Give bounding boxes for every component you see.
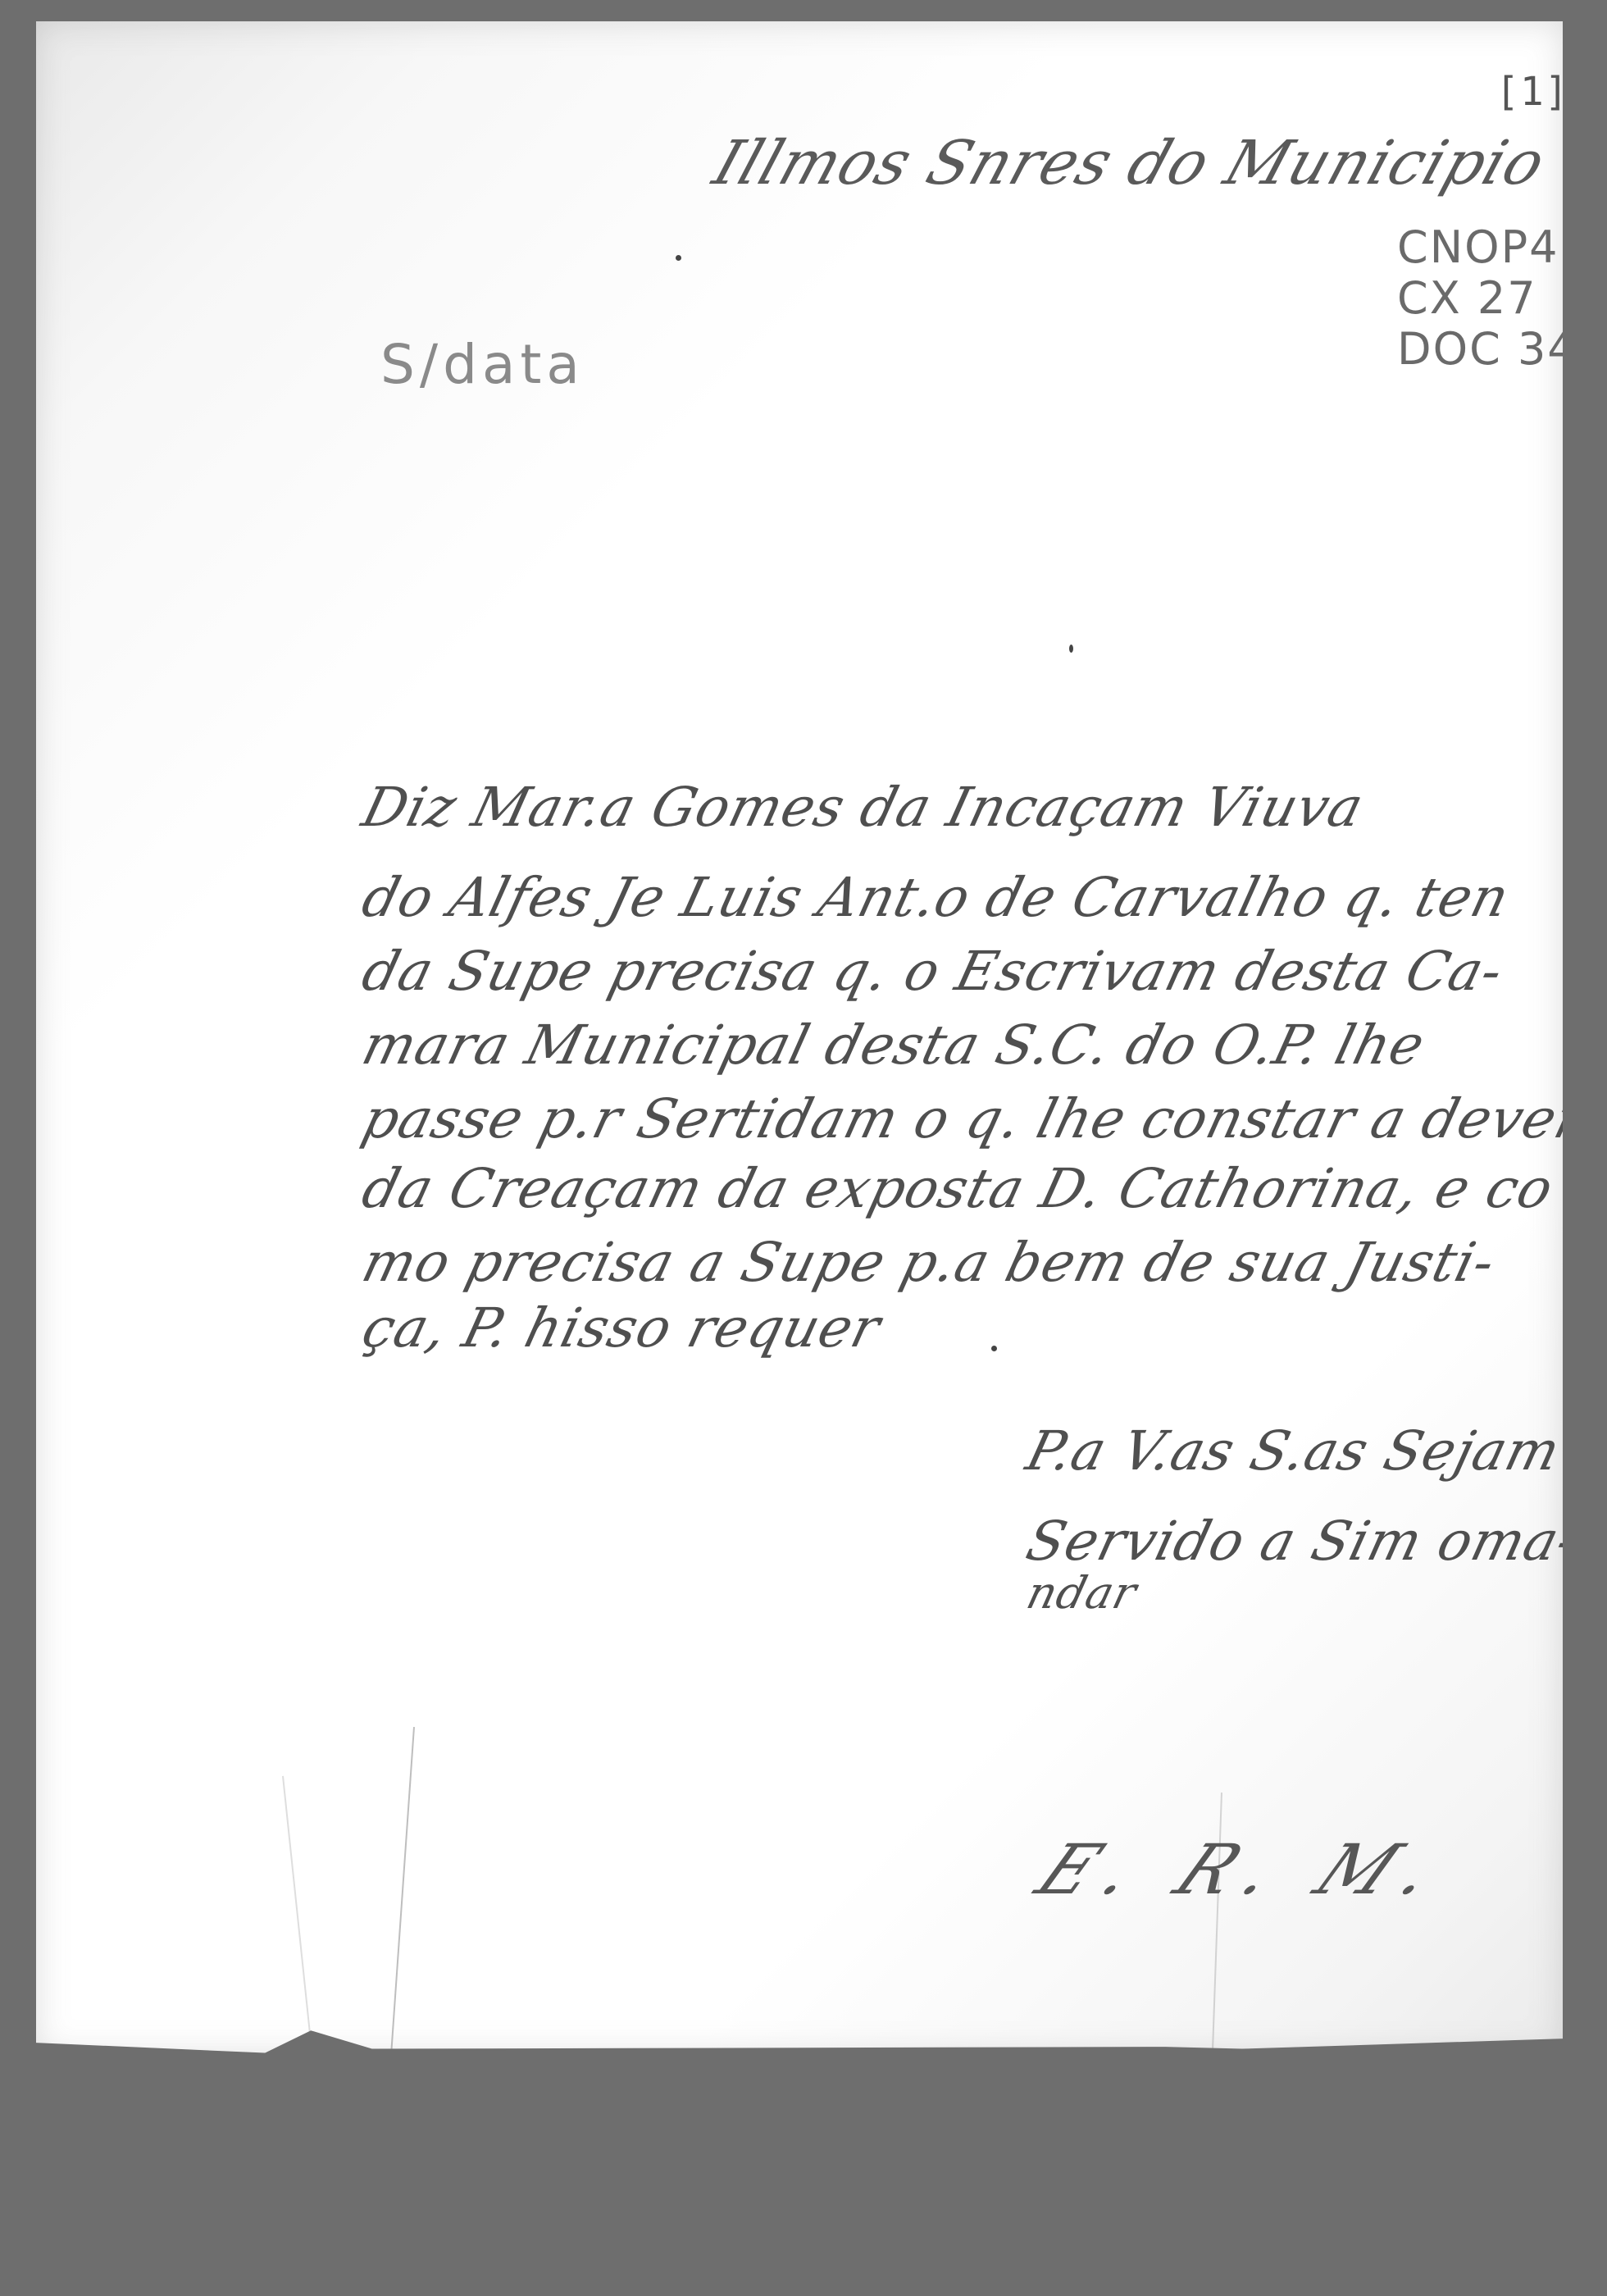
undated-pencil-note: S/data <box>380 333 585 396</box>
archive-ref-fund: CNOP4 <box>1397 222 1577 273</box>
closing-line: P.a V.as S.as Sejam <box>1020 1419 1567 1483</box>
archive-ref-box: CX 27 <box>1397 273 1577 324</box>
body-line: ça, P. hisso requer <box>356 1296 887 1360</box>
body-line: da Creaçam da exposta D. Cathorina, e co <box>356 1157 1559 1220</box>
closing-line: Servido a Sim oma- <box>1020 1510 1585 1573</box>
ink-spot <box>676 255 681 261</box>
salutation-heading: Illmos Snres do Municipio <box>705 128 1555 198</box>
body-line: passe p.r Sertidam o q. lhe constar a de… <box>356 1087 1591 1150</box>
body-line: mara Municipal desta S.C. do O.P. lhe <box>356 1014 1431 1077</box>
body-line: mo precisa a Supe p.a bem de sua Justi- <box>356 1231 1501 1294</box>
page-number-stamp: [1] <box>1495 69 1569 115</box>
signature: E. R. M. <box>1023 1829 1466 1910</box>
body-line: do Alfes Je Luis Ant.o de Carvalho q. te… <box>356 866 1515 929</box>
ink-spot <box>1069 645 1073 653</box>
paper-crease <box>282 1776 315 2070</box>
archive-reference: CNOP4 CX 27 DOC 34 <box>1397 222 1577 375</box>
body-line: Diz Mar.a Gomes da Incaçam Viuva <box>356 776 1370 839</box>
closing-line: ndar <box>1022 1567 1142 1619</box>
body-line: da Supe precisa q. o Escrivam desta Ca- <box>356 940 1509 1003</box>
paper-crease <box>389 1727 415 2070</box>
archive-ref-doc: DOC 34 <box>1397 324 1577 375</box>
ink-spot <box>991 1346 997 1351</box>
document-page: [1] Illmos Snres do Municipio CNOP4 CX 2… <box>36 21 1563 2055</box>
